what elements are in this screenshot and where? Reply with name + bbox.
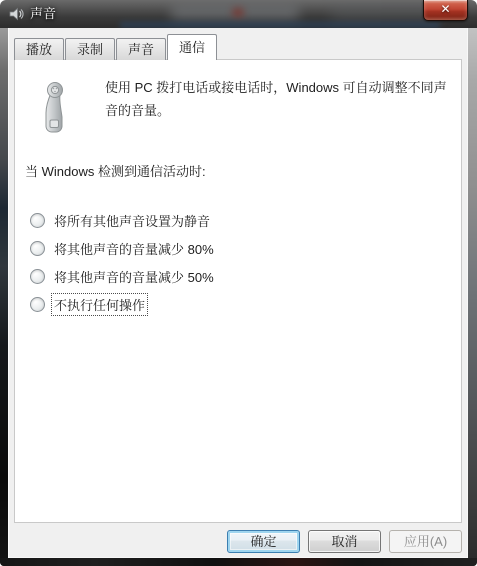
window-border-right xyxy=(468,28,477,558)
tab-bar: 播放 录制 声音 通信 xyxy=(14,35,218,60)
radio-option-label: 将所有其他声音设置为静音 xyxy=(52,210,212,231)
window-border-bottom xyxy=(0,558,477,566)
radio-option-reduce-80[interactable]: 将其他声音的音量减少 80% xyxy=(30,234,450,262)
tab-recording[interactable]: 录制 xyxy=(65,38,115,60)
close-icon[interactable]: ✕ xyxy=(423,0,468,21)
radio-option-do-nothing[interactable]: 不执行任何操作 xyxy=(30,290,450,318)
radio-option-mute-all[interactable]: 将所有其他声音设置为静音 xyxy=(30,206,450,234)
communications-description: 使用 PC 拨打电话或接电话时，Windows 可自动调整不同声音的音量。 xyxy=(105,76,459,122)
radio-button-icon[interactable] xyxy=(30,213,45,228)
radio-group: 将所有其他声音设置为静音 将其他声音的音量减少 80% 将其他声音的音量减少 5… xyxy=(30,206,450,318)
cancel-button[interactable]: 取消 xyxy=(308,530,381,553)
telephone-handset-icon xyxy=(37,80,69,136)
radio-option-label: 不执行任何操作 xyxy=(52,294,147,315)
speaker-icon xyxy=(8,6,24,22)
titlebar[interactable]: 声音 ✕ xyxy=(0,0,477,28)
apply-button: 应用(A) xyxy=(389,530,462,553)
radio-option-reduce-50[interactable]: 将其他声音的音量减少 50% xyxy=(30,262,450,290)
radio-button-icon-selected[interactable] xyxy=(30,297,45,312)
window-title: 声音 xyxy=(30,0,56,28)
radio-button-icon[interactable] xyxy=(30,269,45,284)
ok-button[interactable]: 确定 xyxy=(227,530,300,553)
titlebar-blur-artifact xyxy=(232,8,244,17)
radio-button-icon[interactable] xyxy=(30,241,45,256)
window-border-left xyxy=(0,28,8,558)
activity-group-label: 当 Windows 检测到通信活动时: xyxy=(25,161,206,180)
sound-dialog-window: 声音 ✕ 播放 录制 声音 通信 xyxy=(0,0,477,566)
communications-tab-page: 使用 PC 拨打电话或接电话时，Windows 可自动调整不同声音的音量。 当 … xyxy=(14,59,462,523)
tab-sounds[interactable]: 声音 xyxy=(116,38,166,60)
radio-option-label: 将其他声音的音量减少 50% xyxy=(52,266,216,287)
dialog-client-area: 播放 录制 声音 通信 xyxy=(8,28,468,558)
tab-playback[interactable]: 播放 xyxy=(14,38,64,60)
tab-communications[interactable]: 通信 xyxy=(167,34,217,60)
radio-option-label: 将其他声音的音量减少 80% xyxy=(52,238,216,259)
